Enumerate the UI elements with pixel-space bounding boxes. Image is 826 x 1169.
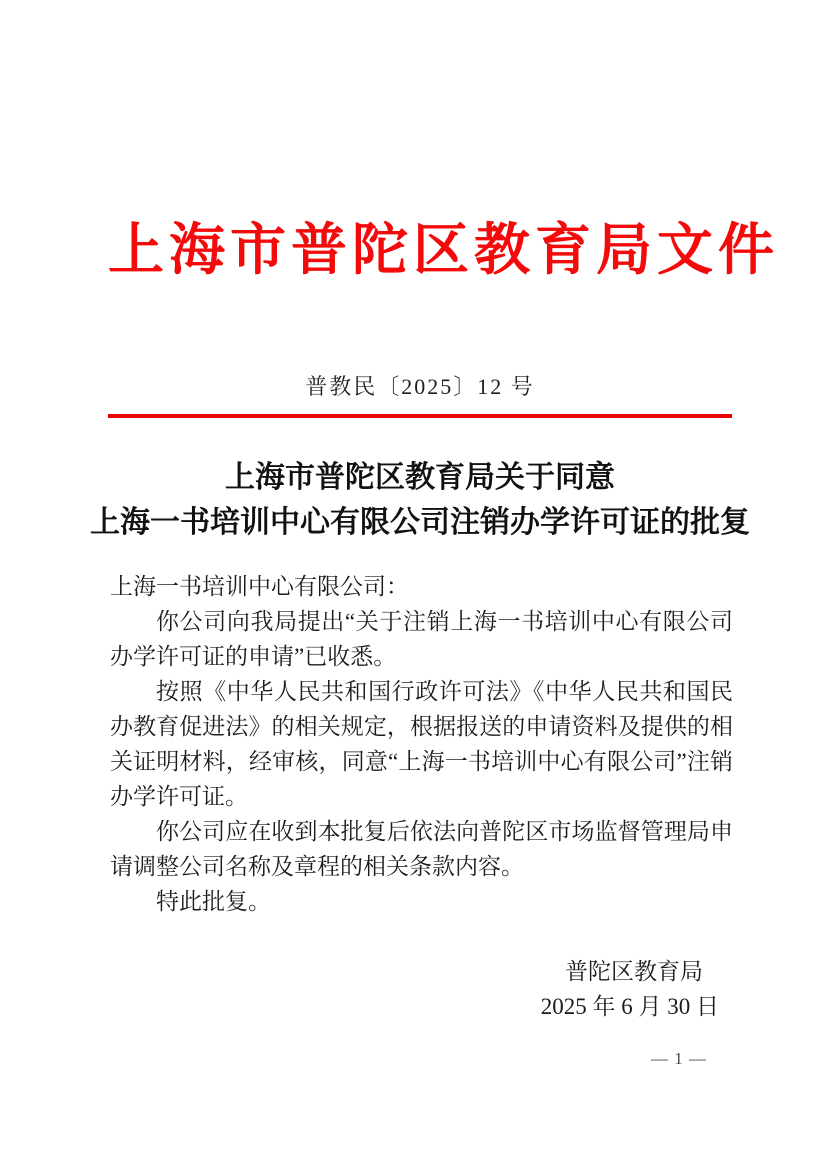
official-document-page: 上海市普陀区教育局文件 普教民〔2025〕12 号 上海市普陀区教育局关于同意 … <box>0 0 826 1169</box>
red-divider-line <box>108 414 732 418</box>
document-title: 上海市普陀区教育局关于同意 上海一书培训中心有限公司注销办学许可证的批复 <box>88 455 752 545</box>
body-paragraph: 按照《中华人民共和国行政许可法》《中华人民共和国民办教育促进法》的相关规定，根据… <box>110 674 733 814</box>
body-paragraph: 你公司向我局提出“关于注销上海一书培训中心有限公司办学许可证的申请”已收悉。 <box>110 604 733 674</box>
body-paragraph: 你公司应在收到本批复后依法向普陀区市场监督管理局申请调整公司名称及章程的相关条款… <box>110 814 733 884</box>
document-header-title: 上海市普陀区教育局文件 <box>108 218 732 284</box>
issue-date: 2025 年 6 月 30 日 <box>110 989 733 1024</box>
document-title-line1: 上海市普陀区教育局关于同意 <box>88 455 752 500</box>
issuing-authority-signature: 普陀区教育局 <box>110 954 733 989</box>
body-paragraph: 特此批复。 <box>110 884 733 919</box>
document-body: 上海一书培训中心有限公司： 你公司向我局提出“关于注销上海一书培训中心有限公司办… <box>110 569 733 1024</box>
document-title-line2: 上海一书培训中心有限公司注销办学许可证的批复 <box>88 500 752 545</box>
page-number: — 1 — <box>110 1048 733 1070</box>
salutation-line: 上海一书培训中心有限公司： <box>110 569 733 604</box>
document-reference-number: 普教民〔2025〕12 号 <box>108 372 732 402</box>
